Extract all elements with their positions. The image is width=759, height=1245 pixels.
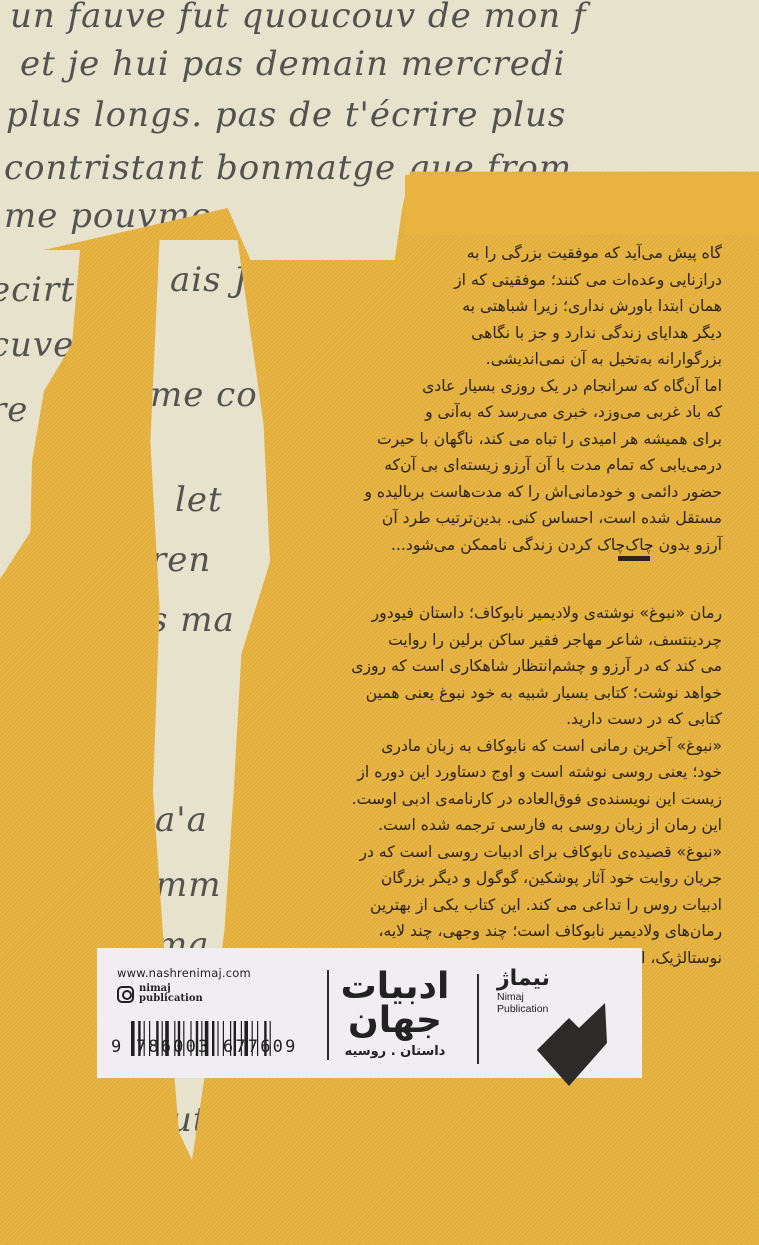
blurb-line: اما آن‌گاه که سرانجام در یک روزی بسیار ع… bbox=[352, 373, 722, 400]
blurb-line: برای همیشه هر امیدی را تباه می کند، ناگه… bbox=[352, 426, 722, 453]
blurb-line: زیست این نویسنده‌ی فوق‌العاده در کارنامه… bbox=[272, 786, 722, 813]
blurb-line: درازنایی وعده‌ات می کنند؛ موفقیتی که از bbox=[352, 267, 722, 294]
blurb-panel bbox=[405, 175, 759, 235]
website-url[interactable]: www.nashrenimaj.com bbox=[117, 966, 251, 980]
series-title-line-1: ادبیات bbox=[335, 970, 455, 1004]
handwriting-line: let bbox=[175, 480, 223, 520]
blurb-paragraph-1: گاه پیش می‌آید که موفقیت بزرگی را به درا… bbox=[352, 240, 722, 558]
instagram-text: nimaj publication bbox=[139, 984, 203, 1004]
publisher-info-box: www.nashrenimaj.com nimaj publication 9 … bbox=[97, 948, 642, 1078]
blurb-line: جریان روایت خود آثار پوشکین، گوگول و دیگ… bbox=[272, 865, 722, 892]
handwriting-line: mm bbox=[155, 865, 221, 905]
isbn-number: 9 786003 677609 bbox=[111, 1037, 298, 1057]
blurb-line: «نبوغ» قصیده‌ی نابوکاف برای ادبیات روسی … bbox=[272, 839, 722, 866]
blurb-line: حضور دائمی و خودمانی‌اش را که مدت‌هاست ب… bbox=[352, 479, 722, 506]
blurb-paragraph-2: رمان «نبوغ» نوشته‌ی ولادیمیر نابوکاف؛ دا… bbox=[272, 600, 722, 971]
blurb-line: خواهد نوشت؛ کتابی بسیار شبیه به خود نبوغ… bbox=[272, 680, 722, 707]
blurb-line: بزرگوارانه به‌تخیل به آن نمی‌اندیشی. bbox=[352, 346, 722, 373]
handwriting-line: ren bbox=[150, 540, 211, 580]
handwriting-line: plus longs. pas de t'écrire plus bbox=[6, 95, 566, 135]
blurb-line: که باد غربی می‌وزد، خبری می‌رسد که به‌آن… bbox=[352, 399, 722, 426]
handwriting-line: un fauve fut quoucouv de mon f bbox=[10, 0, 587, 36]
series-title: ادبیات جهان داستان . روسیه bbox=[335, 970, 455, 1059]
blurb-line: ادبیات روس را تداعی می کند. این کتاب یکی… bbox=[272, 892, 722, 919]
instagram-line-2: publication bbox=[139, 993, 203, 1004]
publisher-name-fa: نیماژ bbox=[497, 966, 550, 991]
blurb-line: «نبوغ» آخرین رمانی است که نابوکاف به زبا… bbox=[272, 733, 722, 760]
divider-line bbox=[327, 970, 329, 1060]
blurb-line: مستقل شده است، احساس کنی. بدین‌ترتیب طرد… bbox=[352, 505, 722, 532]
divider-line bbox=[477, 974, 479, 1064]
instagram-icon bbox=[117, 986, 134, 1003]
series-title-line-2: جهان bbox=[335, 1004, 455, 1038]
blurb-line: همان ابتدا باورش نداری؛ زیرا شباهتی به bbox=[352, 293, 722, 320]
handwriting-line: me cou bbox=[150, 375, 270, 415]
blurb-line: این رمان از زبان روسی به فارسی ترجمه شده… bbox=[272, 812, 722, 839]
blurb-line: آرزو بدون چاک‌چاک کردن زندگی ناممکن می‌ش… bbox=[352, 532, 722, 559]
handwriting-line: a'a bbox=[155, 800, 208, 840]
blurb-line: رمان «نبوغ» نوشته‌ی ولادیمیر نابوکاف؛ دا… bbox=[272, 600, 722, 627]
blurb-line: خود؛ یعنی روسی نوشته است و اوج دستاورد ا… bbox=[272, 759, 722, 786]
blurb-line: گاه پیش می‌آید که موفقیت بزرگی را به bbox=[352, 240, 722, 267]
blurb-line: رمان‌های ولادیمیر نابوکاف است؛ چند وجهی،… bbox=[272, 918, 722, 945]
handwriting-line: et je hui pas demain mercredi bbox=[20, 44, 565, 84]
nimaj-crown-logo-icon bbox=[527, 998, 617, 1088]
section-divider bbox=[618, 556, 650, 561]
blurb-line: می کند که در آرزو و چشم‌انتظار شاهکاری ا… bbox=[272, 653, 722, 680]
blurb-line: دیگر هدایای زندگی ندارد و جز با نگاهی bbox=[352, 320, 722, 347]
handwriting-line: s ma bbox=[150, 600, 235, 640]
instagram-handle[interactable]: nimaj publication bbox=[117, 984, 203, 1004]
blurb-line: چردینتسف، شاعر مهاجر فقیر ساکن برلین را … bbox=[272, 627, 722, 654]
blurb-line: درمی‌یابی که تمام مدت با آن آرزو زیسته‌ا… bbox=[352, 452, 722, 479]
blurb-line: کتابی که در دست دارید. bbox=[272, 706, 722, 733]
series-subtitle: داستان . روسیه bbox=[335, 1044, 455, 1059]
